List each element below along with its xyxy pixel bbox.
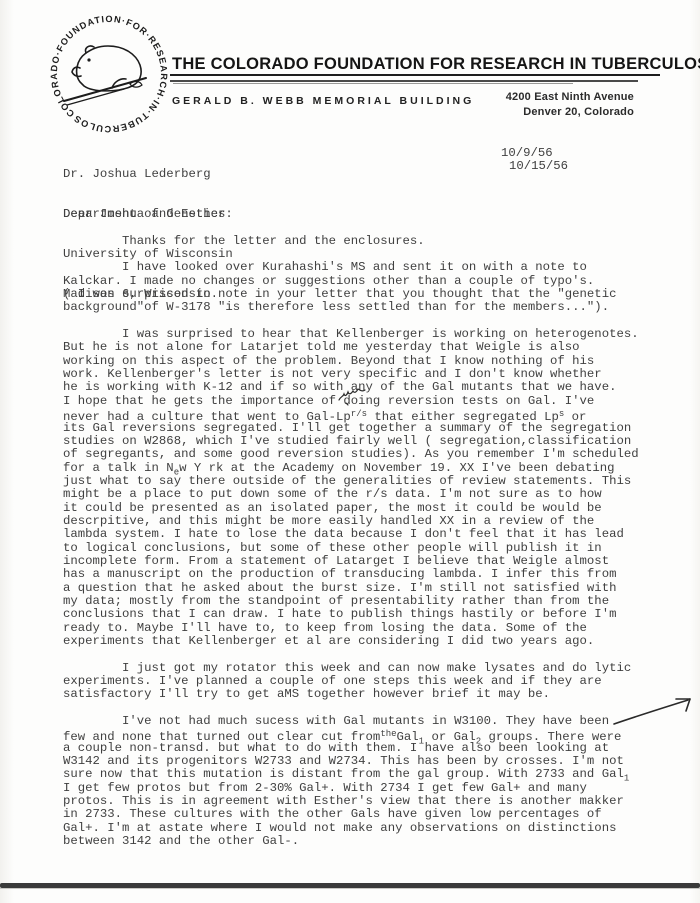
svg-text:COLORADO·FOUNDATION·FOR·RESEAR: COLORADO·FOUNDATION·FOR·RESEARCH·IN·TUBE… <box>34 8 184 140</box>
letter-paragraph: Thanks for the letter and the enclosures… <box>63 235 671 248</box>
letter-line: satisfactory I'll try to get aMS togethe… <box>63 688 671 701</box>
letter-line: experiments that Kellenberger et al are … <box>63 635 671 648</box>
letter-line: lambda system. I hate to lose the data b… <box>63 528 671 541</box>
letter-line: sure now that this mutation is distant f… <box>63 768 671 781</box>
letter-line: might be a place to put down some of the… <box>63 488 671 501</box>
letter-line: protos. This is in agreement with Esther… <box>63 795 671 808</box>
page-bottom-edge <box>0 883 700 888</box>
letter-line: I've not had much sucess with Gal mutant… <box>63 715 671 728</box>
letter-line: ready to. Maybe I'll have to, to keep fr… <box>63 622 671 635</box>
header-rule-main <box>170 74 660 76</box>
letter-line: its Gal reversions segregated. I'll get … <box>63 422 671 435</box>
letter-line: few and none that turned out clear cut f… <box>63 728 671 741</box>
letter-line: experiments. I've planned a couple of on… <box>63 675 671 688</box>
letter-paragraphs: Thanks for the letter and the enclosures… <box>63 235 671 849</box>
letter-line: But he is not alone for Latarjet told me… <box>63 341 671 354</box>
salutation: Dear Joshua and Esther: <box>63 208 671 221</box>
letter-line: of segregants, and some good reversion s… <box>63 448 671 461</box>
letter-line: Gal+. I'm at astate where I would not ma… <box>63 822 671 835</box>
letter-paragraph: I have looked over Kurahashi's MS and se… <box>63 261 671 314</box>
header-rule-thin-1 <box>170 80 638 82</box>
letter-line: incomplete form. From a statement of Lat… <box>63 555 671 568</box>
letter-paragraph: I was surprised to hear that Kellenberge… <box>63 328 671 648</box>
letter-line: descrpitive, and this might be more easi… <box>63 515 671 528</box>
seal-ring-text: COLORADO·FOUNDATION·FOR·RESEARCH·IN·TUBE… <box>34 8 184 140</box>
letter-page: COLORADO·FOUNDATION·FOR·RESEARCH·IN·TUBE… <box>0 0 700 903</box>
letter-line: working on this aspect of the problem. B… <box>63 355 671 368</box>
letter-line: I hope that he gets the importance of do… <box>63 395 671 408</box>
letter-paragraph: I just got my rotator this week and can … <box>63 662 671 702</box>
building-name: GERALD B. WEBB MEMORIAL BUILDING <box>172 95 474 107</box>
letter-line: I have looked over Kurahashi's MS and se… <box>63 261 671 274</box>
letter-line: in 2733. These cultures with the other G… <box>63 808 671 821</box>
date-stamp-1: 10/9/56 <box>501 146 553 160</box>
letter-line: work. Kellenberger's letter is not very … <box>63 368 671 381</box>
letter-line: Thanks for the letter and the enclosures… <box>63 235 671 248</box>
letter-line: to logical conclusions, but some of thes… <box>63 542 671 555</box>
date-stamp-2: 10/15/56 <box>509 159 568 173</box>
letter-line: Kalckar. I made no changes or suggestion… <box>63 275 671 288</box>
letter-line: between 3142 and the other Gal-. <box>63 835 671 848</box>
letter-line: has a manuscript on the production of tr… <box>63 568 671 581</box>
organization-address: 4200 East Ninth Avenue Denver 20, Colora… <box>506 90 634 119</box>
letter-line: a couple non-transd. but what to do with… <box>63 742 671 755</box>
letter-line: studies on W2868, which I've studied fai… <box>63 435 671 448</box>
letter-line: I just got my rotator this week and can … <box>63 662 671 675</box>
letter-line: I get few protos but from 2-30% Gal+. Wi… <box>63 782 671 795</box>
foundation-seal-logo: COLORADO·FOUNDATION·FOR·RESEARCH·IN·TUBE… <box>34 8 184 140</box>
letter-line: I was surprised to hear that Kellenberge… <box>63 328 671 341</box>
organization-name: THE COLORADO FOUNDATION FOR RESEARCH IN … <box>172 55 672 74</box>
letter-line: for a talk in New Y rk at the Academy on… <box>63 462 671 475</box>
header-rule-thin-2 <box>173 83 573 84</box>
letter-line: conclusions that I can draw. I hate to p… <box>63 608 671 621</box>
letter-line: a question that he asked about the burst… <box>63 582 671 595</box>
letter-line: he is working with K-12 and if so with a… <box>63 381 671 394</box>
letter-line: never had a culture that went to Gal-Lpr… <box>63 408 671 421</box>
address-line-2: Denver 20, Colorado <box>506 105 634 120</box>
letter-line: background"of W-3178 "is therefore less … <box>63 301 671 314</box>
address-line-1: 4200 East Ninth Avenue <box>506 90 634 105</box>
letter-body: Dear Joshua and Esther: Thanks for the l… <box>63 208 671 849</box>
recipient-name: Dr. Joshua Lederberg <box>63 168 233 181</box>
letter-line: just what to say there outside of the ge… <box>63 475 671 488</box>
letter-line: ( I was surprised to note in your letter… <box>63 288 671 301</box>
letter-line: W3142 and its progenitors W2733 and W273… <box>63 755 671 768</box>
letter-line: my data; mostly from the standpoint of p… <box>63 595 671 608</box>
letter-line: it could be presented as an isolated pap… <box>63 502 671 515</box>
guinea-pig-icon <box>64 46 146 105</box>
letter-paragraph: I've not had much sucess with Gal mutant… <box>63 715 671 848</box>
